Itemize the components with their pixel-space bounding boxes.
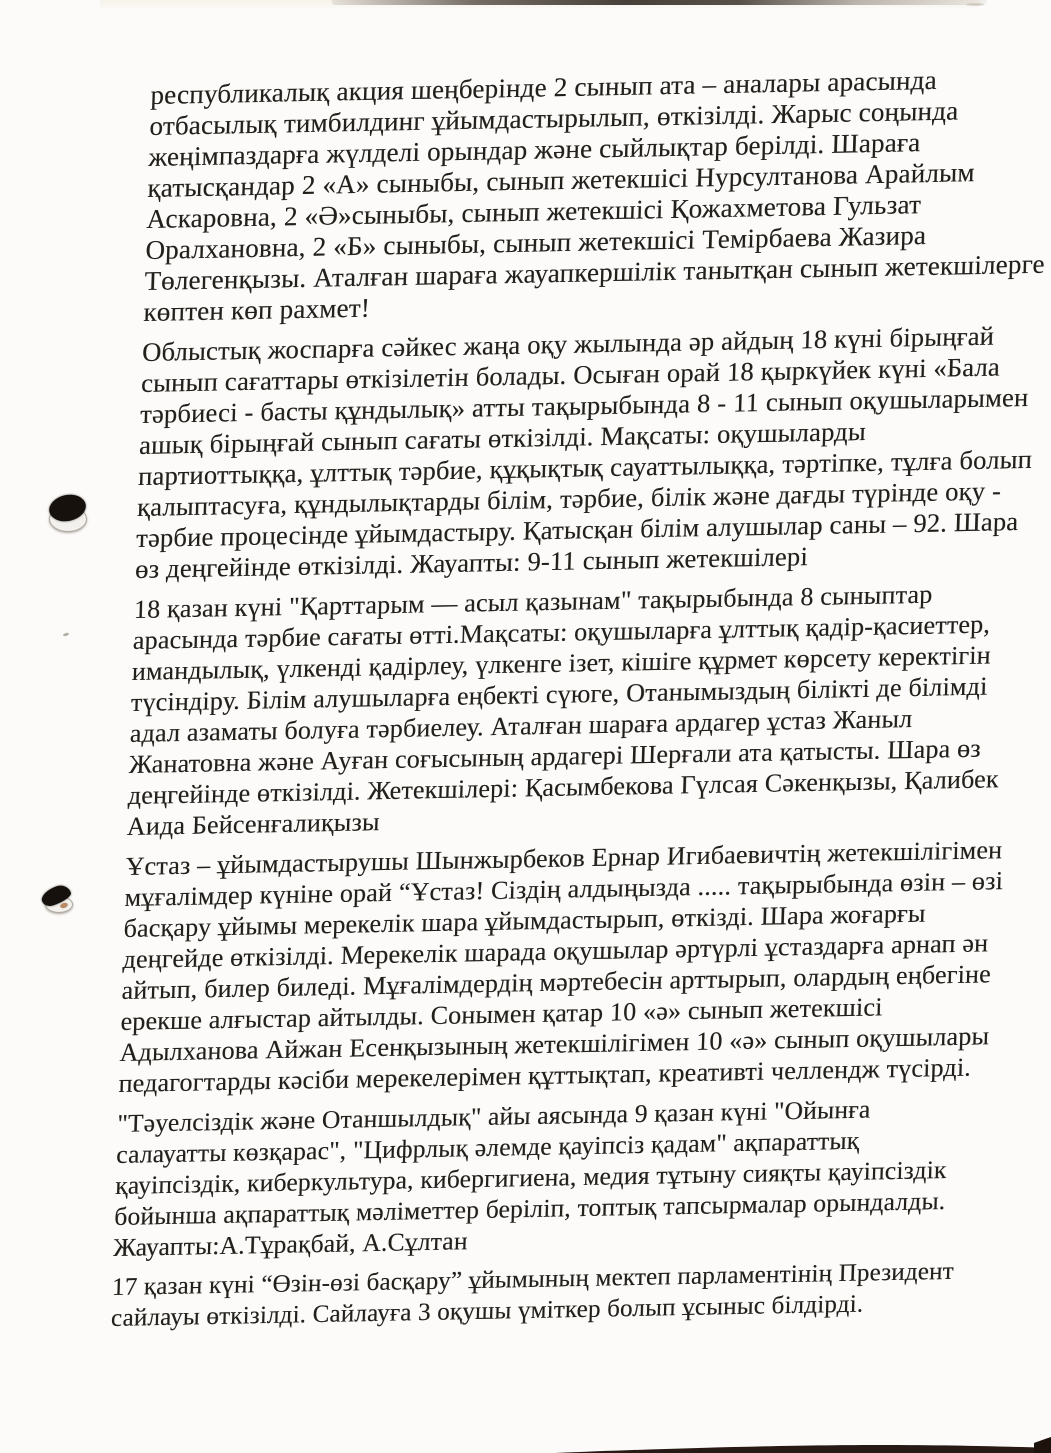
paragraph: Ұстаз – ұйымдастырушы Шынжырбеков Ернар … (118, 834, 987, 1099)
scan-speck (63, 632, 70, 637)
punch-hole-lower (38, 884, 78, 918)
scan-edge-top (332, 0, 987, 5)
document-text: республикалық акция шеңберінде 2 сынып а… (110, 63, 1011, 1343)
scan-speck (966, 3, 984, 6)
paragraph: республикалық акция шеңберінде 2 сынып а… (143, 63, 1012, 328)
paragraph: Облыстық жоспарға сәйкес жаңа оқу жылынд… (135, 320, 1004, 585)
punch-hole-upper (46, 492, 90, 534)
scanned-page: республикалық акция шеңберінде 2 сынып а… (0, 0, 1051, 1453)
paragraph: "Тәуелсіздік және Отаншылдық" айы аясынд… (113, 1091, 979, 1263)
scan-edge-bottom (0, 1435, 1051, 1453)
paragraph: 18 қазан күні "Қарттарым — асыл қазынам"… (126, 577, 995, 842)
paragraph: 17 қазан күні “Өзін-өзі басқару” ұйымыны… (110, 1255, 973, 1334)
